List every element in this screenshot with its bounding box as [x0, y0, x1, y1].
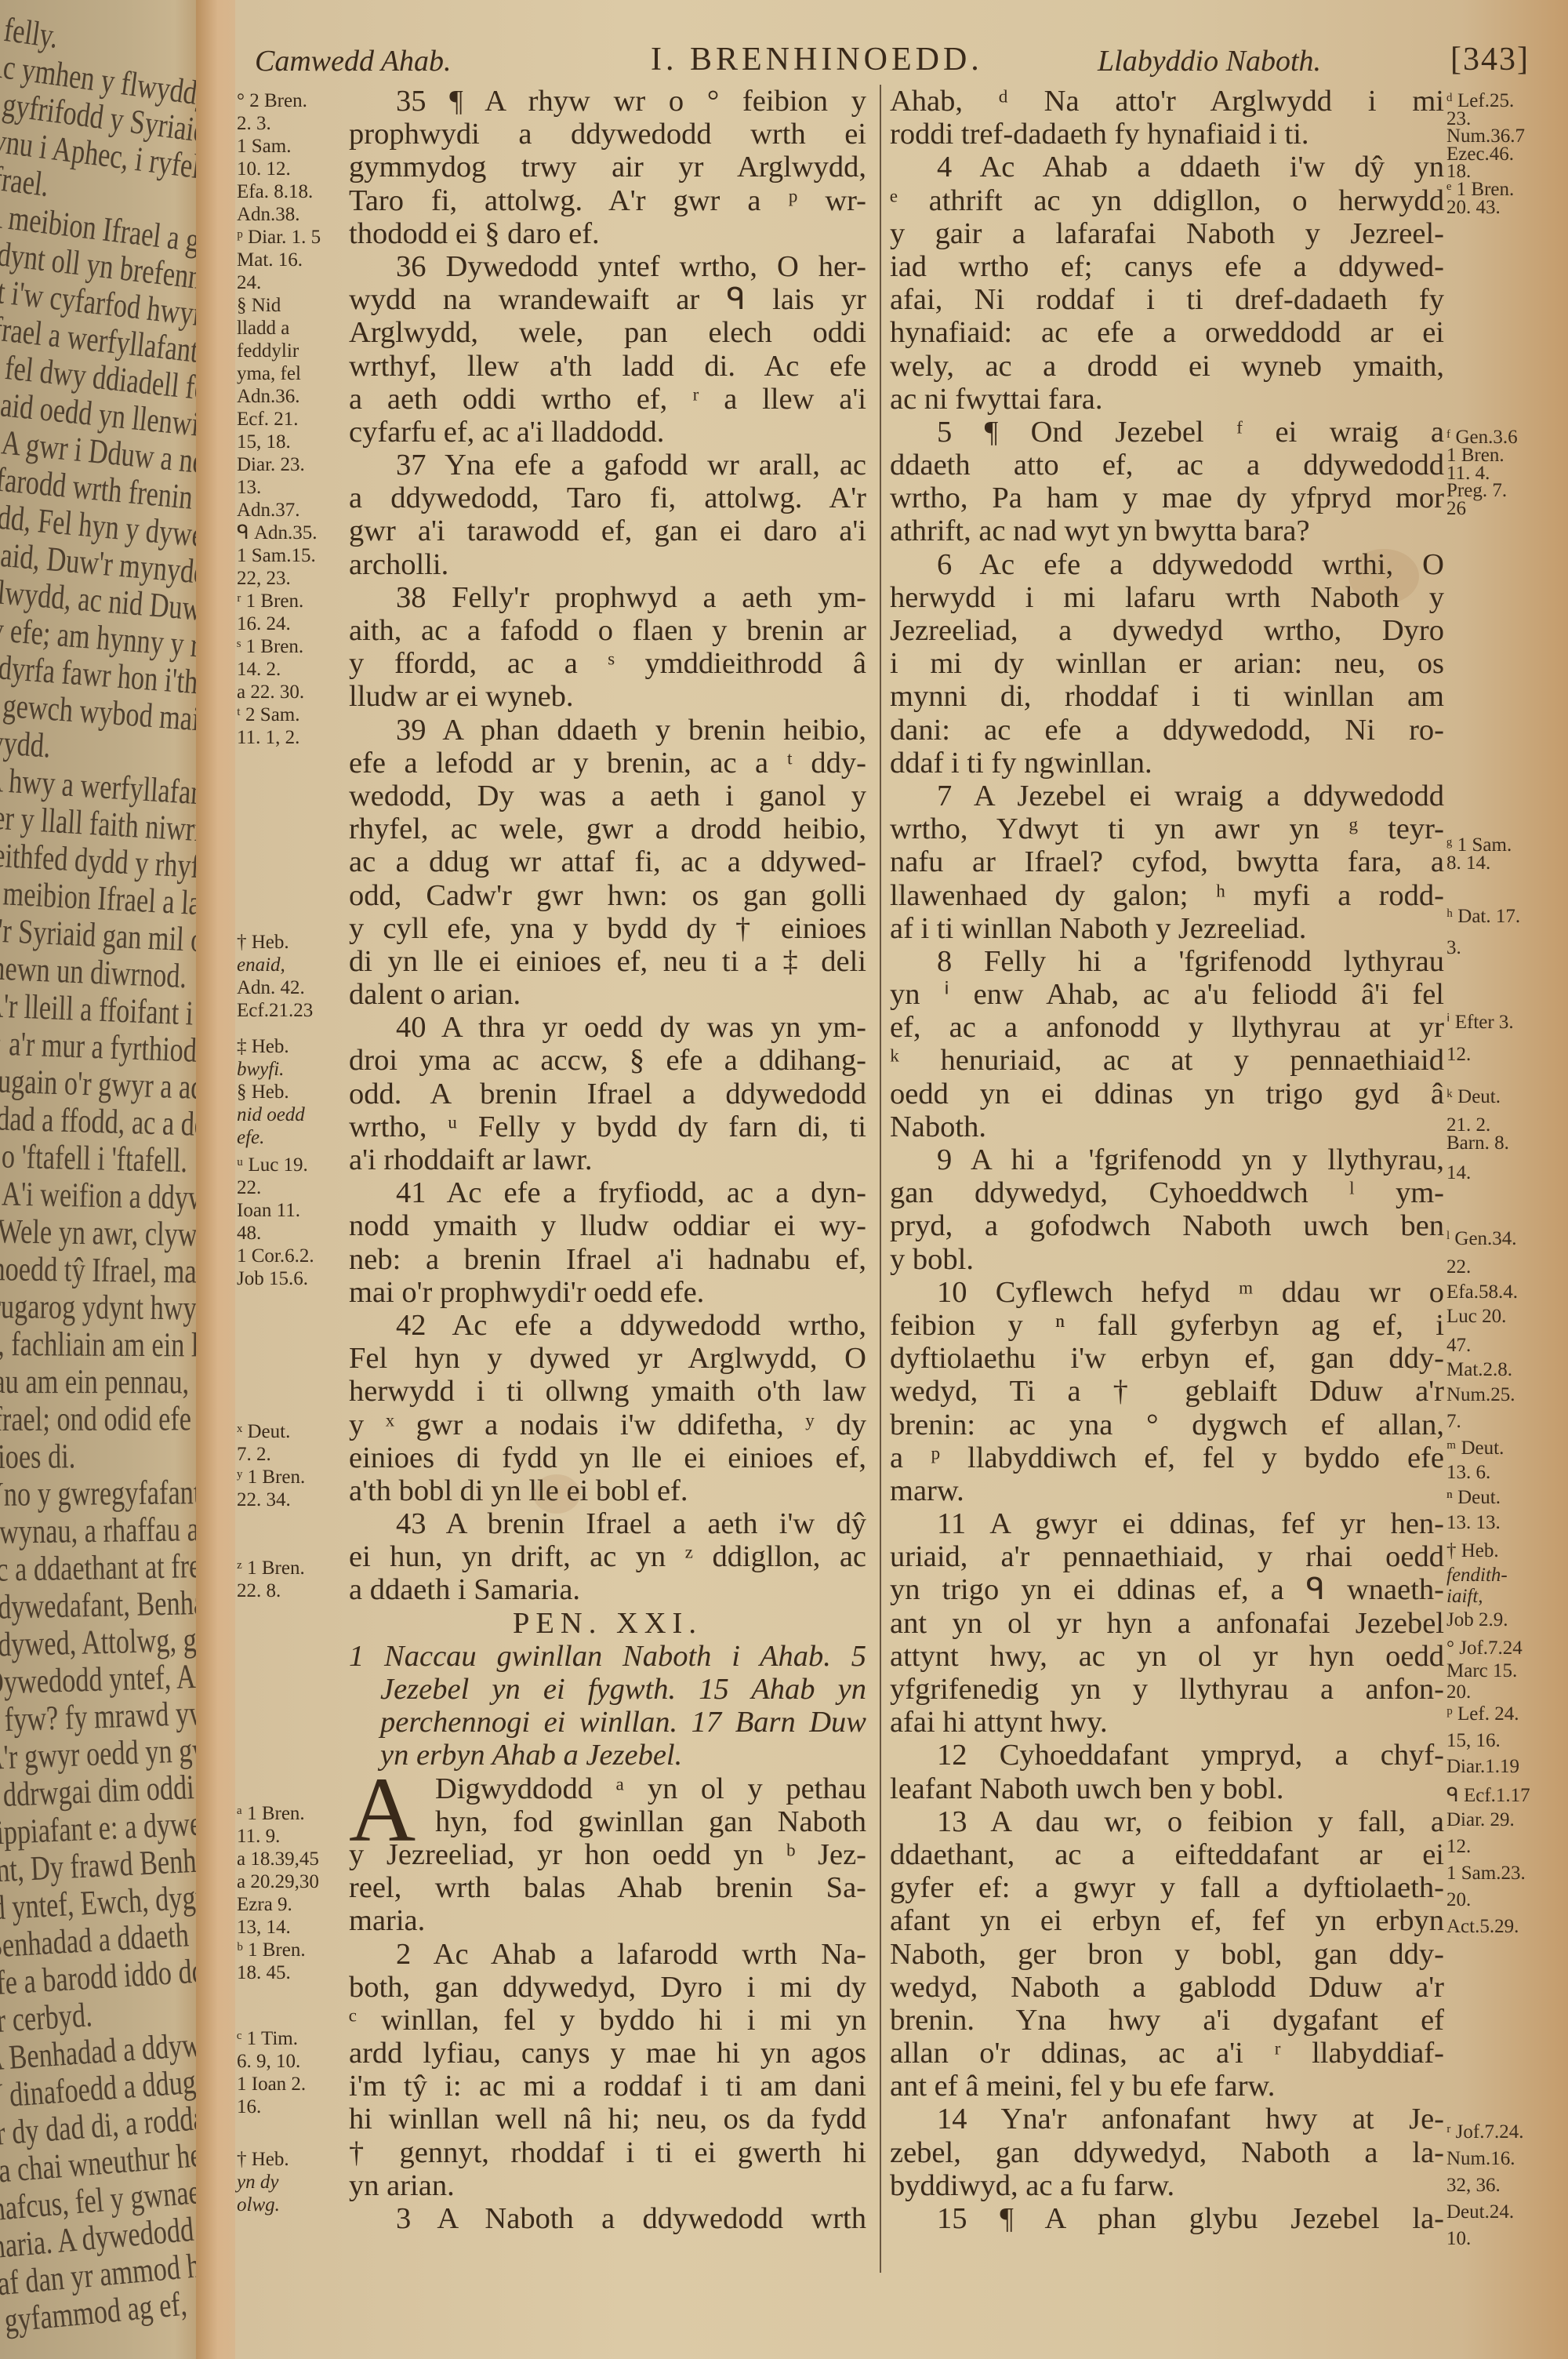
margin-reference: 15, 18.: [237, 432, 291, 453]
verse-line: llawenhaed dy galon; ʰ myfi a rodd-: [890, 879, 1444, 912]
running-head: Camwedd Ahab. I. BRENHINOEDD. Llabyddio …: [235, 41, 1568, 85]
line-text: a'i rhoddaift ar lawr.: [349, 1143, 593, 1176]
verse-line: herwydd i mi lafaru wrth Naboth y: [890, 581, 1444, 614]
verse-line: i'm tŷ i: ac mi a roddaf i ti am dani: [349, 2070, 866, 2103]
verse-line: yfgrifenedig yn y llythyrau a anfon-: [890, 1673, 1444, 1706]
verse-line: 42 Ac efe a ddywedodd wrtho,: [349, 1309, 866, 1342]
verse-line: both, gan ddywedyd, Dyro i mi dy: [349, 1971, 866, 2004]
verse-line: brenin: ac yna ° dygwch ef allan,: [890, 1408, 1444, 1441]
line-text: odd, Cadw'r gwr hwn: os gan golli: [349, 879, 866, 912]
line-text: hi winllan well nâ hi; neu, os da fydd: [349, 2103, 866, 2135]
verse-line: 43 A brenin Ifrael a aeth i'w dŷ: [349, 1507, 866, 1540]
verse-line: a ddaeth i Samaria.: [349, 1573, 866, 1606]
line-text: droi yma ac accw, § efe a ddihang-: [349, 1044, 866, 1077]
line-text: Digwyddodd ᵃ yn ol y pethau: [435, 1772, 866, 1805]
verse-line: Naboth.: [890, 1110, 1444, 1143]
line-text: feibion y ⁿ fall gyferbyn ag ef, i: [890, 1309, 1444, 1342]
line-text: oedd yn ei ddinas yn trigo gyd â: [890, 1078, 1444, 1110]
margin-reference: 14.: [1446, 1163, 1471, 1183]
margin-reference: Luc 20.: [1446, 1307, 1506, 1327]
line-text: efe a lefodd ar y brenin, ac a ᵗ ddy-: [349, 747, 866, 780]
verse-line: droi yma ac accw, § efe a ddihang-: [349, 1044, 866, 1077]
margin-reference: † Heb.: [237, 932, 289, 953]
line-text: 11 A gwyr ei ddinas, fef yr hen-: [937, 1507, 1444, 1540]
verse-line: wrtho, Pa ham y mae dy yfpryd mor: [890, 482, 1444, 514]
verse-line: wedyd, Ti a † geblaift Dduw a'r: [890, 1375, 1444, 1408]
margin-reference: 1 Cor.6.2.: [237, 1246, 314, 1267]
line-text: 41 Ac efe a fryfiodd, ac a dyn-: [396, 1176, 866, 1209]
margin-reference: § Heb.: [237, 1082, 289, 1103]
line-text: uriaid, a'r pennaethiaid, y rhai oedd: [890, 1540, 1444, 1573]
verse-line: 6 Ac efe a ddywedodd wrthi, O: [890, 548, 1444, 581]
bible-page: Camwedd Ahab. I. BRENHINOEDD. Llabyddio …: [235, 0, 1568, 2359]
line-text: 39 A phan ddaeth y brenin heibio,: [396, 714, 866, 747]
margin-reference: Job 2.9.: [1446, 1610, 1508, 1630]
line-text: y bobl.: [890, 1243, 974, 1276]
line-text: ardd lyfiau, canys y mae hi yn agos: [349, 2037, 866, 2070]
margin-reference: 20.: [1446, 1890, 1471, 1910]
previous-page-line: trugarog ydynt hwy: gofodw: [0, 1286, 205, 1329]
margin-reference: Diar. 29.: [1446, 1810, 1515, 1830]
margin-reference: 13. 6.: [1446, 1463, 1490, 1483]
verse-line: nodd ymaith y lludw oddiar ei wy-: [349, 1209, 866, 1242]
margin-reference: 48.: [237, 1223, 261, 1244]
line-text: wrtho, Pa ham y mae dy yfpryd mor: [890, 482, 1444, 514]
line-text: dani: ac efe a ddywedodd, Ni ro-: [890, 714, 1444, 747]
verse-line: brenin. Yna hwy a'i dygafant ef: [890, 2004, 1444, 2037]
verse-line: i mi dy winllan er arian: neu, os: [890, 647, 1444, 680]
verse-line: ddaeth atto ef, ac a ddywedodd: [890, 449, 1444, 482]
verse-line: oedd yn ei ddinas yn trigo gyd â: [890, 1078, 1444, 1110]
verse-line: afai hi attynt hwy.: [890, 1706, 1444, 1739]
verse-line: thododd ei § daro ef.: [349, 217, 866, 250]
verse-line: ddaethant, ac a eifteddafant ar ei: [890, 1838, 1444, 1871]
line-text: † gennyt, rhoddaf i ti ei gwerth hi: [349, 2136, 866, 2169]
line-text: cyfarfu ef, ac a'i lladdodd.: [349, 416, 664, 449]
verse-line: afant yn ei erbyn ef, fef yn erbyn: [890, 1904, 1444, 1937]
line-text: ant ef â meini, fel y bu efe farw.: [890, 2070, 1275, 2103]
line-text: 9 A hi a 'fgrifenodd yn y llythyrau,: [937, 1143, 1444, 1176]
line-text: brenin: ac yna ° dygwch ef allan,: [890, 1408, 1444, 1441]
verse-line: roddi tref-dadaeth fy hynafiaid i ti.: [890, 118, 1444, 151]
verse-line: Taro fi, attolwg. A'r gwr a ᵖ wr-: [349, 184, 866, 217]
previous-page-line: Ifrael; ond odid efe a geid: [0, 1398, 205, 1439]
previous-page-edge: n felly.Ac ymhen y flwyddyn Bea gyfrifod…: [0, 0, 205, 2359]
verse-line: archolli.: [349, 548, 866, 581]
verse-line: 36 Dywedodd yntef wrtho, O her-: [349, 250, 866, 283]
margin-reference: 16.: [237, 2097, 261, 2117]
margin-reference: Mat.2.8.: [1446, 1360, 1512, 1380]
margin-reference: 13, 14.: [237, 1917, 291, 1938]
line-text: a ddaeth i Samaria.: [349, 1573, 580, 1606]
verse-line: ei hun, yn drift, ac yn ᶻ ddigllon, ac: [349, 1540, 866, 1573]
line-text: iad wrtho ef; canys efe a ddywed-: [890, 250, 1444, 283]
margin-reference: 20. 43.: [1446, 198, 1501, 218]
margin-reference: 22. 34.: [237, 1490, 291, 1510]
margin-reference: 22, 23.: [237, 569, 291, 589]
verse-line: maria.: [349, 1904, 866, 1937]
verse-line: gan ddywedyd, Cyhoeddwch ˡ ym-: [890, 1176, 1444, 1209]
verse-line: prophwydi a ddywedodd wrth ei: [349, 118, 866, 151]
line-text: perchennogi ei winllan. 17 Barn Duw: [380, 1706, 866, 1739]
verse-line: feibion y ⁿ fall gyferbyn ag ef, i: [890, 1309, 1444, 1342]
margin-reference: yma, fel: [237, 364, 301, 384]
drop-cap: A: [349, 1774, 416, 1846]
verse-line: 3 A Naboth a ddywedodd wrth: [349, 2202, 866, 2235]
verse-line: herwydd i ti ollwng ymaith o'th law: [349, 1375, 866, 1408]
margin-reference: 12.: [1446, 1045, 1471, 1065]
verse-line: ac a ddug wr attaf fi, ac a ddywed-: [349, 845, 866, 878]
verse-line: † gennyt, rhoddaf i ti ei gwerth hi: [349, 2136, 866, 2169]
verse-line: 11 A gwyr ei ddinas, fef yr hen-: [890, 1507, 1444, 1540]
margin-reference: 13. 13.: [1446, 1513, 1501, 1533]
verse-line: 39 A phan ddaeth y brenin heibio,: [349, 714, 866, 747]
margin-reference: 18. 45.: [237, 1963, 291, 1983]
verse-line: 2 Ac Ahab a lafarodd wrth Na-: [349, 1938, 866, 1971]
verse-line: gwr a'i tarawodd ef, gan ei daro a'i: [349, 514, 866, 547]
line-text: 10 Cyflewch hefyd ᵐ ddau wr o: [937, 1276, 1444, 1309]
line-text: both, gan ddywedyd, Dyro i mi dy: [349, 1971, 866, 2004]
verse-line: ef, ac a anfonodd y llythyrau at yr: [890, 1011, 1444, 1044]
line-text: yn ⁱ enw Ahab, ac a'u feliodd â'i fel: [890, 978, 1444, 1011]
verse-line: athrift, ac nad wyt yn bwytta bara?: [890, 514, 1444, 547]
margin-reference: Ecf.21.23: [237, 1001, 313, 1021]
margin-reference: Num.16.: [1446, 2149, 1515, 2169]
verse-line: byddiwyd, ac a fu farw.: [890, 2169, 1444, 2202]
column-divider: [880, 85, 881, 2273]
line-text: a aeth oddi wrtho ef, ʳ a llew a'i: [349, 383, 866, 416]
margin-reference: ʸ 1 Bren.: [237, 1467, 305, 1488]
margin-reference: 2. 3.: [237, 114, 271, 134]
verse-line: aith, ac a fafodd o flaen y brenin ar: [349, 614, 866, 647]
line-text: prophwydi a ddywedodd wrth ei: [349, 118, 866, 151]
margin-reference: Job 15.6.: [237, 1269, 308, 1289]
margin-reference: Adn.38.: [237, 205, 300, 225]
margin-reference: 16. 24.: [237, 614, 291, 634]
line-text: 38 Felly'r prophwyd a aeth ym-: [396, 581, 866, 614]
line-text: 35 ¶ A rhyw wr o ° feibion y: [396, 85, 866, 118]
margin-reference: Num.25.: [1446, 1385, 1515, 1405]
verse-line: cyfarfu ef, ac a'i lladdodd.: [349, 416, 866, 449]
book-title: I. BRENHINOEDD.: [651, 41, 983, 78]
line-text: gyfer ef: a gwyr y fall a dyftiolaeth-: [890, 1871, 1444, 1904]
line-text: i mi dy winllan er arian: neu, os: [890, 647, 1444, 680]
line-text: gwr a'i tarawodd ef, gan ei daro a'i: [349, 514, 866, 547]
line-text: wrthyf, llew a'th ladd di. Ac efe: [349, 350, 866, 383]
line-text: afant yn ei erbyn ef, fef yn erbyn: [890, 1904, 1444, 1937]
margin-reference: ⁱ Efter 3.: [1446, 1012, 1514, 1033]
margin-reference: nid oedd: [237, 1105, 305, 1125]
verse-line: a'th bobl di yn lle ei bobl ef.: [349, 1474, 866, 1507]
line-text: ᶜ winllan, fel y byddo hi i mi yn: [349, 2004, 866, 2037]
margin-reference: Efa.58.4.: [1446, 1282, 1518, 1303]
verse-line: ac ni fwyttai fara.: [890, 383, 1444, 416]
verse-line: af i ti winllan Naboth y Jezreeliad.: [890, 912, 1444, 945]
margin-reference: ᵏ Deut.: [1446, 1087, 1501, 1107]
line-text: wedyd, Naboth a gablodd Dduw a'r: [890, 1971, 1444, 2004]
chapter-summary-line: yn erbyn Ahab a Jezebel.: [349, 1739, 866, 1772]
margin-reference: lladd a: [237, 318, 289, 339]
line-text: roddi tref-dadaeth fy hynafiaid i ti.: [890, 118, 1309, 151]
previous-page-line: g, fachliain am ein llwyn: [0, 1324, 205, 1365]
line-text: di yn lle ei einioes ef, neu ti a ‡ deli: [349, 945, 866, 978]
margin-reference: ᵇ 1 Bren.: [237, 1940, 306, 1961]
margin-reference: 22.: [1446, 1257, 1471, 1278]
margin-reference: efe.: [237, 1128, 264, 1148]
line-text: Jezreeliad, a dywedyd wrtho, Dyro: [890, 614, 1444, 647]
page-number: [343]: [1450, 41, 1530, 78]
line-text: 37 Yna efe a gafodd wr arall, ac: [396, 449, 866, 482]
margin-reference: 11. 1, 2.: [237, 728, 299, 748]
margin-reference: 10. 12.: [237, 159, 291, 180]
margin-reference: ᵗ 2 Sam.: [237, 705, 299, 725]
verse-line: yn ⁱ enw Ahab, ac a'u feliodd â'i fel: [890, 978, 1444, 1011]
verse-line: yn trigo yn ei ddinas ef, a ᑫ wnaeth-: [890, 1573, 1444, 1606]
line-text: llawenhaed dy galon; ʰ myfi a rodd-: [890, 879, 1444, 912]
line-text: leafant Naboth uwch ben y bobl.: [890, 1772, 1284, 1805]
line-text: af i ti winllan Naboth y Jezreeliad.: [890, 912, 1306, 945]
verse-line: 10 Cyflewch hefyd ᵐ ddau wr o: [890, 1276, 1444, 1309]
line-text: 40 A thra yr oedd dy was yn ym-: [396, 1011, 866, 1044]
verse-line: Jezreeliad, a dywedyd wrtho, Dyro: [890, 614, 1444, 647]
margin-reference: 3.: [1446, 938, 1461, 958]
margin-reference: fendith-: [1446, 1565, 1508, 1586]
verse-line: wrtho, ᵘ Felly y bydd dy farn di, ti: [349, 1110, 866, 1143]
margin-reference: Diar.1.19: [1446, 1757, 1519, 1777]
verse-line: mai o'r prophwydi'r oedd efe.: [349, 1276, 866, 1309]
line-text: y cyll efe, yna y bydd dy † einioes: [349, 912, 866, 945]
line-text: 12 Cyhoeddafant ympryd, a chyf-: [937, 1739, 1444, 1772]
line-text: 36 Dywedodd yntef wrtho, O her-: [396, 250, 866, 283]
verse-line: rhyfel, ac wele, gwr a drodd heibio,: [349, 812, 866, 845]
verse-line: hynafiaid: ac efe a orweddodd ar ei: [890, 316, 1444, 349]
line-text: aith, ac a fafodd o flaen y brenin ar: [349, 614, 866, 647]
line-text: ddaf i ti fy ngwinllan.: [890, 747, 1152, 780]
verse-line: yn arian.: [349, 2169, 866, 2202]
verse-line: odd. A brenin Ifrael a ddywedodd: [349, 1078, 866, 1110]
line-text: maria.: [349, 1904, 425, 1937]
line-text: y gair a lafarafai Naboth y Jezreel-: [890, 217, 1444, 250]
running-head-right: Llabyddio Naboth.: [1098, 44, 1321, 78]
line-text: wely, ac a drodd ei wyneb ymaith,: [890, 350, 1444, 383]
line-text: 15 ¶ A phan glybu Jezebel la-: [937, 2202, 1444, 2235]
verse-line: gyfer ef: a gwyr y fall a dyftiolaeth-: [890, 1871, 1444, 1904]
margin-reference: Barn. 8.: [1446, 1133, 1509, 1154]
line-text: wedodd, Dy was a aeth i ganol y: [349, 780, 866, 812]
margin-reference: † Heb.: [1446, 1541, 1499, 1561]
line-text: ac ni fwyttai fara.: [890, 383, 1103, 416]
margin-reference: Mat. 16.: [237, 250, 303, 271]
line-text: ᵉ athrift ac yn ddigllon, o herwydd: [890, 184, 1444, 217]
line-text: ddaeth atto ef, ac a ddywedodd: [890, 449, 1444, 482]
line-text: einioes di fydd yn lle ei einioes ef,: [349, 1441, 866, 1474]
margin-reference: feddylir: [237, 341, 299, 362]
line-text: archolli.: [349, 548, 448, 581]
line-text: 3 A Naboth a ddywedodd wrth: [396, 2202, 866, 2235]
verse-line: 12 Cyhoeddafant ympryd, a chyf-: [890, 1739, 1444, 1772]
margin-reference: 13.: [237, 478, 261, 498]
verse-line: iad wrtho ef; canys efe a ddywed-: [890, 250, 1444, 283]
verse-line: a ddywedodd, Taro fi, attolwg. A'r: [349, 482, 866, 514]
line-text: 4 Ac Ahab a ddaeth i'w dŷ yn: [937, 151, 1444, 184]
verse-line: di yn lle ei einioes ef, neu ti a ‡ deli: [349, 945, 866, 978]
line-text: 13 A dau wr, o feibion y fall, a: [937, 1805, 1444, 1838]
verse-line: y ˣ gwr a nodais i'w ddifetha, ʸ dy: [349, 1408, 866, 1441]
margin-reference: ˢ 1 Bren.: [237, 637, 303, 657]
chapter-heading: PEN. XXI.: [349, 1607, 866, 1640]
line-text: Arglwydd, wele, pan elech oddi: [349, 316, 866, 349]
running-head-left: Camwedd Ahab.: [255, 44, 452, 78]
margin-reference: ᵘ Luc 19.: [237, 1155, 308, 1176]
margin-reference: Marc 15.: [1446, 1661, 1517, 1681]
line-text: hyn, fod gwinllan gan Naboth: [435, 1805, 866, 1838]
margin-reference: iaift,: [1446, 1587, 1483, 1607]
line-text: Naboth, ger bron y bobl, gan ddy-: [890, 1938, 1444, 1971]
margin-reference: 7.: [1446, 1412, 1461, 1432]
verse-line: einioes di fydd yn lle ei einioes ef,: [349, 1441, 866, 1474]
line-text: byddiwyd, ac a fu farw.: [890, 2169, 1174, 2202]
line-text: reel, wrth balas Ahab brenin Sa-: [349, 1871, 866, 1904]
line-text: afai hi attynt hwy.: [890, 1706, 1108, 1739]
margin-reference: ˡ Gen.34.: [1446, 1229, 1517, 1249]
verse-line: ᵉ athrift ac yn ddigllon, o herwydd: [890, 184, 1444, 217]
margin-reference: Ioan 11.: [237, 1201, 300, 1221]
verse-line: wydd na wrandewaift ar ᑫ lais yr: [349, 283, 866, 316]
line-text: ant yn ol yr hyn a anfonafai Jezebel: [890, 1607, 1444, 1640]
line-text: ᵏ henuriaid, ac at y pennaethiaid: [890, 1044, 1444, 1077]
verse-line: 7 A Jezebel ei wraig a ddywedodd: [890, 780, 1444, 812]
line-text: gan ddywedyd, Cyhoeddwch ˡ ym-: [890, 1176, 1444, 1209]
margin-reference: ᶻ 1 Bren.: [237, 1558, 305, 1579]
line-text: afai, Ni roddaf i ti dref-dadaeth fy: [890, 283, 1444, 316]
line-text: wrtho, ᵘ Felly y bydd dy farn di, ti: [349, 1110, 866, 1143]
previous-page-line: llwynau, a rhaffau am eu pe: [0, 1508, 205, 1552]
verse-line: hi winllan well nâ hi; neu, os da fydd: [349, 2103, 866, 2135]
margin-reference: 15, 16.: [1446, 1731, 1501, 1751]
margin-reference: bwyfi.: [237, 1060, 284, 1080]
verse-line: wrtho, Ydwyt ti yn awr yn ᵍ teyr-: [890, 812, 1444, 845]
line-text: attynt hwy, ac yn ol yr hyn oedd: [890, 1640, 1444, 1673]
verse-line: attynt hwy, ac yn ol yr hyn oedd: [890, 1640, 1444, 1673]
verse-line: ant ef â meini, fel y bu efe farw.: [890, 2070, 1444, 2103]
margin-reference: 11. 9.: [237, 1826, 280, 1847]
line-text: marw.: [890, 1474, 964, 1507]
line-text: a'th bobl di yn lle ei bobl ef.: [349, 1474, 688, 1507]
verse-line: dalent o arian.: [349, 978, 866, 1011]
verse-line: y bobl.: [890, 1243, 1444, 1276]
line-text: 14 Yna'r anfonafant hwy at Je-: [937, 2103, 1444, 2135]
line-text: odd. A brenin Ifrael a ddywedodd: [349, 1078, 866, 1110]
verse-line: nafu ar Ifrael? cyfod, bwytta fara, a: [890, 845, 1444, 878]
margin-reference: 26: [1446, 499, 1466, 519]
verse-line: 41 Ac efe a fryfiodd, ac a dyn-: [349, 1176, 866, 1209]
line-text: ddaethant, ac a eifteddafant ar ei: [890, 1838, 1444, 1871]
verse-line: leafant Naboth uwch ben y bobl.: [890, 1772, 1444, 1805]
verse-line: ADigwyddodd ᵃ yn ol y pethau: [349, 1772, 866, 1805]
verse-line: ant yn ol yr hyn a anfonafai Jezebel: [890, 1607, 1444, 1640]
line-text: wrtho, Ydwyt ti yn awr yn ᵍ teyr-: [890, 812, 1444, 845]
verse-line: 4 Ac Ahab a ddaeth i'w dŷ yn: [890, 151, 1444, 184]
verse-line: dani: ac efe a ddywedodd, Ni ro-: [890, 714, 1444, 747]
margin-reference: 14. 2.: [237, 660, 281, 680]
verse-line: 14 Yna'r anfonafant hwy at Je-: [890, 2103, 1444, 2135]
verse-line: 38 Felly'r prophwyd a aeth ym-: [349, 581, 866, 614]
line-text: yn arian.: [349, 2169, 455, 2202]
margin-reference: Ezra 9.: [237, 1895, 292, 1915]
line-text: herwydd i ti ollwng ymaith o'th law: [349, 1375, 866, 1408]
left-text-column: 35 ¶ A rhyw wr o ° feibion yprophwydi a …: [349, 85, 866, 2235]
verse-line: wely, ac a drodd ei wyneb ymaith,: [890, 350, 1444, 383]
line-text: pryd, a gofodwch Naboth uwch ben: [890, 1209, 1444, 1242]
line-text: Naboth.: [890, 1110, 986, 1143]
verse-line: allan o'r ddinas, ac a'i ʳ llabyddiaf-: [890, 2037, 1444, 2070]
verse-line: 40 A thra yr oedd dy was yn ym-: [349, 1011, 866, 1044]
verse-line: Arglwydd, wele, pan elech oddi: [349, 316, 866, 349]
margin-reference: ᵐ Deut.: [1446, 1438, 1504, 1459]
line-text: y ffordd, ac a ˢ ymddieithrodd â: [349, 647, 866, 680]
margin-reference: 1 Sam.: [237, 136, 291, 157]
margin-reference: 12.: [1446, 1837, 1471, 1857]
verse-line: Ahab, ᵈ Na atto'r Arglwydd i mi: [890, 85, 1444, 118]
margin-reference: yn dy: [237, 2172, 278, 2193]
verse-line: 13 A dau wr, o feibion y fall, a: [890, 1805, 1444, 1838]
verse-line: ardd lyfiau, canys y mae hi yn agos: [349, 2037, 866, 2070]
margin-reference: ⁿ Deut.: [1446, 1488, 1501, 1508]
margin-reference: ᵃ 1 Bren.: [237, 1804, 305, 1824]
margin-reference: 22.: [237, 1178, 261, 1198]
margin-reference: § Nid: [237, 296, 281, 316]
line-text: 43 A brenin Ifrael a aeth i'w dŷ: [396, 1507, 866, 1540]
chapter-summary-line: 1 Naccau gwinllan Naboth i Ahab. 5: [349, 1640, 866, 1673]
line-text: Ahab, ᵈ Na atto'r Arglwydd i mi: [890, 85, 1444, 118]
verse-line: wrthyf, llew a'th ladd di. Ac efe: [349, 350, 866, 383]
verse-line: gymmydog trwy air yr Arglwydd,: [349, 151, 866, 184]
verse-line: reel, wrth balas Ahab brenin Sa-: [349, 1871, 866, 1904]
line-text: Fel hyn y dywed yr Arglwydd, O: [349, 1342, 866, 1375]
line-text: 1 Naccau gwinllan Naboth i Ahab. 5: [349, 1640, 866, 1673]
line-text: ei hun, yn drift, ac yn ᶻ ddigllon, ac: [349, 1540, 866, 1573]
margin-reference: a 22. 30.: [237, 682, 304, 703]
margin-reference: 32, 36.: [1446, 2175, 1501, 2196]
verse-line: Fel hyn y dywed yr Arglwydd, O: [349, 1342, 866, 1375]
chapter-summary-line: Jezebel yn ei fygwth. 15 Ahab yn: [349, 1673, 866, 1706]
line-text: brenin. Yna hwy a'i dygafant ef: [890, 2004, 1444, 2037]
verse-line: Naboth, ger bron y bobl, gan ddy-: [890, 1938, 1444, 1971]
margin-reference: Ecf. 21.: [237, 409, 298, 430]
margin-reference: ᵖ Diar. 1. 5: [237, 227, 321, 248]
verse-line: hyn, fod gwinllan gan Naboth: [349, 1805, 866, 1838]
line-text: zebel, gan ddywedyd, Naboth a la-: [890, 2136, 1444, 2169]
margin-reference: a 18.39,45: [237, 1849, 319, 1870]
line-text: neb: a brenin Ifrael a'i hadnabu ef,: [349, 1243, 866, 1276]
previous-page-line: wydd.: [0, 722, 52, 766]
line-text: 2 Ac Ahab a lafarodd wrth Na-: [396, 1938, 866, 1971]
verse-line: 8 Felly hi a 'fgrifenodd lythyrau: [890, 945, 1444, 978]
line-text: Taro fi, attolwg. A'r gwr a ᵖ wr-: [349, 184, 866, 217]
verse-line: dyftiolaethu i'w erbyn ef, gan ddy-: [890, 1342, 1444, 1375]
margin-reference: 24.: [237, 273, 261, 293]
line-text: y Jezreeliad, yr hon oedd yn ᵇ Jez-: [349, 1838, 866, 1871]
verse-line: y Jezreeliad, yr hon oedd yn ᵇ Jez-: [349, 1838, 866, 1871]
previous-page-line: Yno y gwregyfafant fachli: [0, 1471, 205, 1514]
margin-reference: † Heb.: [237, 2150, 289, 2170]
line-text: allan o'r ddinas, ac a'i ʳ llabyddiaf-: [890, 2037, 1444, 2070]
margin-reference: 1 Sam.15.: [237, 546, 316, 566]
line-text: mynni di, rhoddaf i ti winllan am: [890, 680, 1444, 713]
line-text: 6 Ac efe a ddywedodd wrthi, O: [937, 548, 1444, 581]
verse-line: zebel, gan ddywedyd, Naboth a la-: [890, 2136, 1444, 2169]
margin-reference: 47.: [1446, 1336, 1471, 1356]
